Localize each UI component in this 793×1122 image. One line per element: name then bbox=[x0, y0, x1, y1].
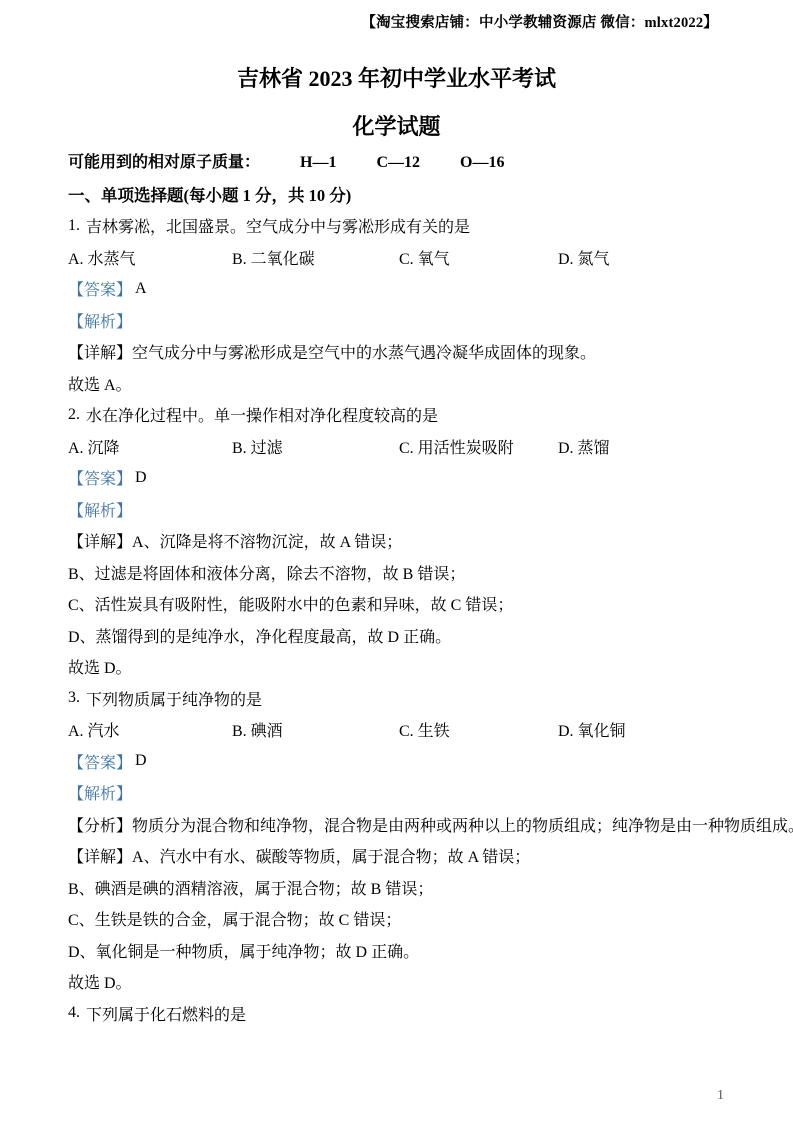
question-1-option-d: D. 氮气 bbox=[558, 246, 730, 269]
atomic-mass-c: C—12 bbox=[376, 154, 420, 171]
analysis-label: 【解析】 bbox=[68, 498, 132, 521]
explanation-text: 故选 D。 bbox=[68, 655, 132, 678]
explanation-text: B、碘酒是碘的酒精溶液，属于混合物；故 B 错误； bbox=[68, 876, 433, 899]
explanation-tag: 【详解】 bbox=[68, 340, 132, 363]
question-2-analysis-line: 【解析】 bbox=[68, 494, 730, 526]
question-1-number: 1. bbox=[68, 217, 80, 235]
question-3-number: 3. bbox=[68, 689, 80, 707]
question-2-stem-text: 水在净化过程中。单一操作相对净化程度较高的是 bbox=[86, 403, 438, 426]
analysis-label: 【解析】 bbox=[68, 781, 132, 804]
explanation-text: 物质分为混合物和纯净物，混合物是由两种或两种以上的物质组成；纯净物是由一种物质组… bbox=[132, 813, 793, 836]
atomic-mass-label: 可能用到的相对原子质量： bbox=[68, 154, 260, 171]
question-2-explanation-2: B、过滤是将固体和液体分离，除去不溶物，故 B 错误； bbox=[68, 557, 730, 589]
question-2-explanation-4: D、蒸馏得到的是纯净水，净化程度最高，故 D 正确。 bbox=[68, 620, 730, 652]
question-3-explanation-4: C、生铁是铁的合金，属于混合物；故 C 错误； bbox=[68, 903, 730, 935]
question-1-analysis-line: 【解析】 bbox=[68, 305, 730, 337]
question-2-explanation-3: C、活性炭具有吸附性，能吸附水中的色素和异味，故 C 错误； bbox=[68, 588, 730, 620]
answer-value: D bbox=[135, 469, 147, 487]
atomic-mass-o: O—16 bbox=[460, 154, 504, 171]
question-3-option-d: D. 氧化铜 bbox=[558, 718, 730, 741]
answer-label: 【答案】 bbox=[68, 277, 132, 300]
question-4-stem-line: 4.下列属于化石燃料的是 bbox=[68, 998, 730, 1030]
question-3-explanation-6: 故选 D。 bbox=[68, 966, 730, 998]
question-2-explanation-5: 故选 D。 bbox=[68, 651, 730, 683]
explanation-tag: 【详解】 bbox=[68, 529, 132, 552]
question-4-stem-text: 下列属于化石燃料的是 bbox=[86, 1002, 246, 1025]
content-area: 可能用到的相对原子质量：H—1C—12O—16 一、单项选择题(每小题 1 分，… bbox=[68, 152, 730, 1029]
explanation-text: C、生铁是铁的合金，属于混合物；故 C 错误； bbox=[68, 907, 401, 930]
header-note: 【淘宝搜索店铺：中小学教辅资源店 微信：mlxt2022】 bbox=[361, 11, 718, 32]
question-1-explanation-2: 故选 A。 bbox=[68, 368, 730, 400]
document-page: 【淘宝搜索店铺：中小学教辅资源店 微信：mlxt2022】 吉林省 2023 年… bbox=[0, 0, 793, 1122]
explanation-text: D、氧化铜是一种物质，属于纯净物；故 D 正确。 bbox=[68, 939, 419, 962]
explanation-text: A、汽水中有水、碳酸等物质，属于混合物；故 A 错误； bbox=[132, 844, 530, 867]
question-4-number: 4. bbox=[68, 1004, 80, 1022]
explanation-tag: 【详解】 bbox=[68, 844, 132, 867]
question-3-stem-text: 下列物质属于纯净物的是 bbox=[86, 687, 262, 710]
explanation-tag: 【分析】 bbox=[68, 813, 132, 836]
question-2-number: 2. bbox=[68, 406, 80, 424]
explanation-text: D、蒸馏得到的是纯净水，净化程度最高，故 D 正确。 bbox=[68, 624, 451, 647]
questions-container: 1.吉林雾凇，北国盛景。空气成分中与雾凇形成有关的是A. 水蒸气B. 二氧化碳C… bbox=[68, 210, 730, 1029]
question-3-stem-line: 3.下列物质属于纯净物的是 bbox=[68, 683, 730, 715]
question-1-option-a: A. 水蒸气 bbox=[68, 246, 232, 269]
question-1-stem-text: 吉林雾凇，北国盛景。空气成分中与雾凇形成有关的是 bbox=[86, 214, 470, 237]
answer-value: D bbox=[135, 752, 147, 770]
question-1-explanation-1: 【详解】空气成分中与雾凇形成是空气中的水蒸气遇冷凝华成固体的现象。 bbox=[68, 336, 730, 368]
question-2-answer-line: 【答案】D bbox=[68, 462, 730, 494]
analysis-label: 【解析】 bbox=[68, 309, 132, 332]
question-1-option-b: B. 二氧化碳 bbox=[232, 246, 399, 269]
question-2-stem-line: 2.水在净化过程中。单一操作相对净化程度较高的是 bbox=[68, 399, 730, 431]
question-2-option-c: C. 用活性炭吸附 bbox=[399, 435, 558, 458]
answer-label: 【答案】 bbox=[68, 750, 132, 773]
page-number: 1 bbox=[717, 1088, 724, 1104]
explanation-text: 空气成分中与雾凇形成是空气中的水蒸气遇冷凝华成固体的现象。 bbox=[132, 340, 596, 363]
question-2-option-d: D. 蒸馏 bbox=[558, 435, 730, 458]
explanation-text: A、沉降是将不溶物沉淀，故 A 错误； bbox=[132, 529, 402, 552]
question-3-option-c: C. 生铁 bbox=[399, 718, 558, 741]
question-3-explanation-2: 【详解】A、汽水中有水、碳酸等物质，属于混合物；故 A 错误； bbox=[68, 840, 730, 872]
answer-value: A bbox=[135, 280, 147, 298]
atomic-mass-note: 可能用到的相对原子质量：H—1C—12O—16 bbox=[68, 152, 730, 174]
question-1-answer-line: 【答案】A bbox=[68, 273, 730, 305]
question-3-explanation-3: B、碘酒是碘的酒精溶液，属于混合物；故 B 错误； bbox=[68, 872, 730, 904]
question-3-option-a: A. 汽水 bbox=[68, 718, 232, 741]
explanation-text: B、过滤是将固体和液体分离，除去不溶物，故 B 错误； bbox=[68, 561, 465, 584]
section-heading: 一、单项选择题(每小题 1 分，共 10 分) bbox=[68, 184, 730, 208]
explanation-text: 故选 D。 bbox=[68, 970, 132, 993]
question-2-option-b: B. 过滤 bbox=[232, 435, 399, 458]
question-3-option-b: B. 碘酒 bbox=[232, 718, 399, 741]
question-1-stem-line: 1.吉林雾凇，北国盛景。空气成分中与雾凇形成有关的是 bbox=[68, 210, 730, 242]
question-3-explanation-1: 【分析】物质分为混合物和纯净物，混合物是由两种或两种以上的物质组成；纯净物是由一… bbox=[68, 809, 730, 841]
question-2-explanation-1: 【详解】A、沉降是将不溶物沉淀，故 A 错误； bbox=[68, 525, 730, 557]
page-subtitle: 化学试题 bbox=[0, 112, 793, 142]
question-3-explanation-5: D、氧化铜是一种物质，属于纯净物；故 D 正确。 bbox=[68, 935, 730, 967]
question-3-options-row: A. 汽水B. 碘酒C. 生铁D. 氧化铜 bbox=[68, 714, 730, 746]
atomic-mass-h: H—1 bbox=[300, 154, 336, 171]
question-1-option-c: C. 氧气 bbox=[399, 246, 558, 269]
question-2-option-a: A. 沉降 bbox=[68, 435, 232, 458]
explanation-text: C、活性炭具有吸附性，能吸附水中的色素和异味，故 C 错误； bbox=[68, 592, 513, 615]
question-2-options-row: A. 沉降B. 过滤C. 用活性炭吸附D. 蒸馏 bbox=[68, 431, 730, 463]
question-1-options-row: A. 水蒸气B. 二氧化碳C. 氧气D. 氮气 bbox=[68, 242, 730, 274]
explanation-text: 故选 A。 bbox=[68, 372, 132, 395]
question-3-answer-line: 【答案】D bbox=[68, 746, 730, 778]
question-3-analysis-line: 【解析】 bbox=[68, 777, 730, 809]
answer-label: 【答案】 bbox=[68, 466, 132, 489]
